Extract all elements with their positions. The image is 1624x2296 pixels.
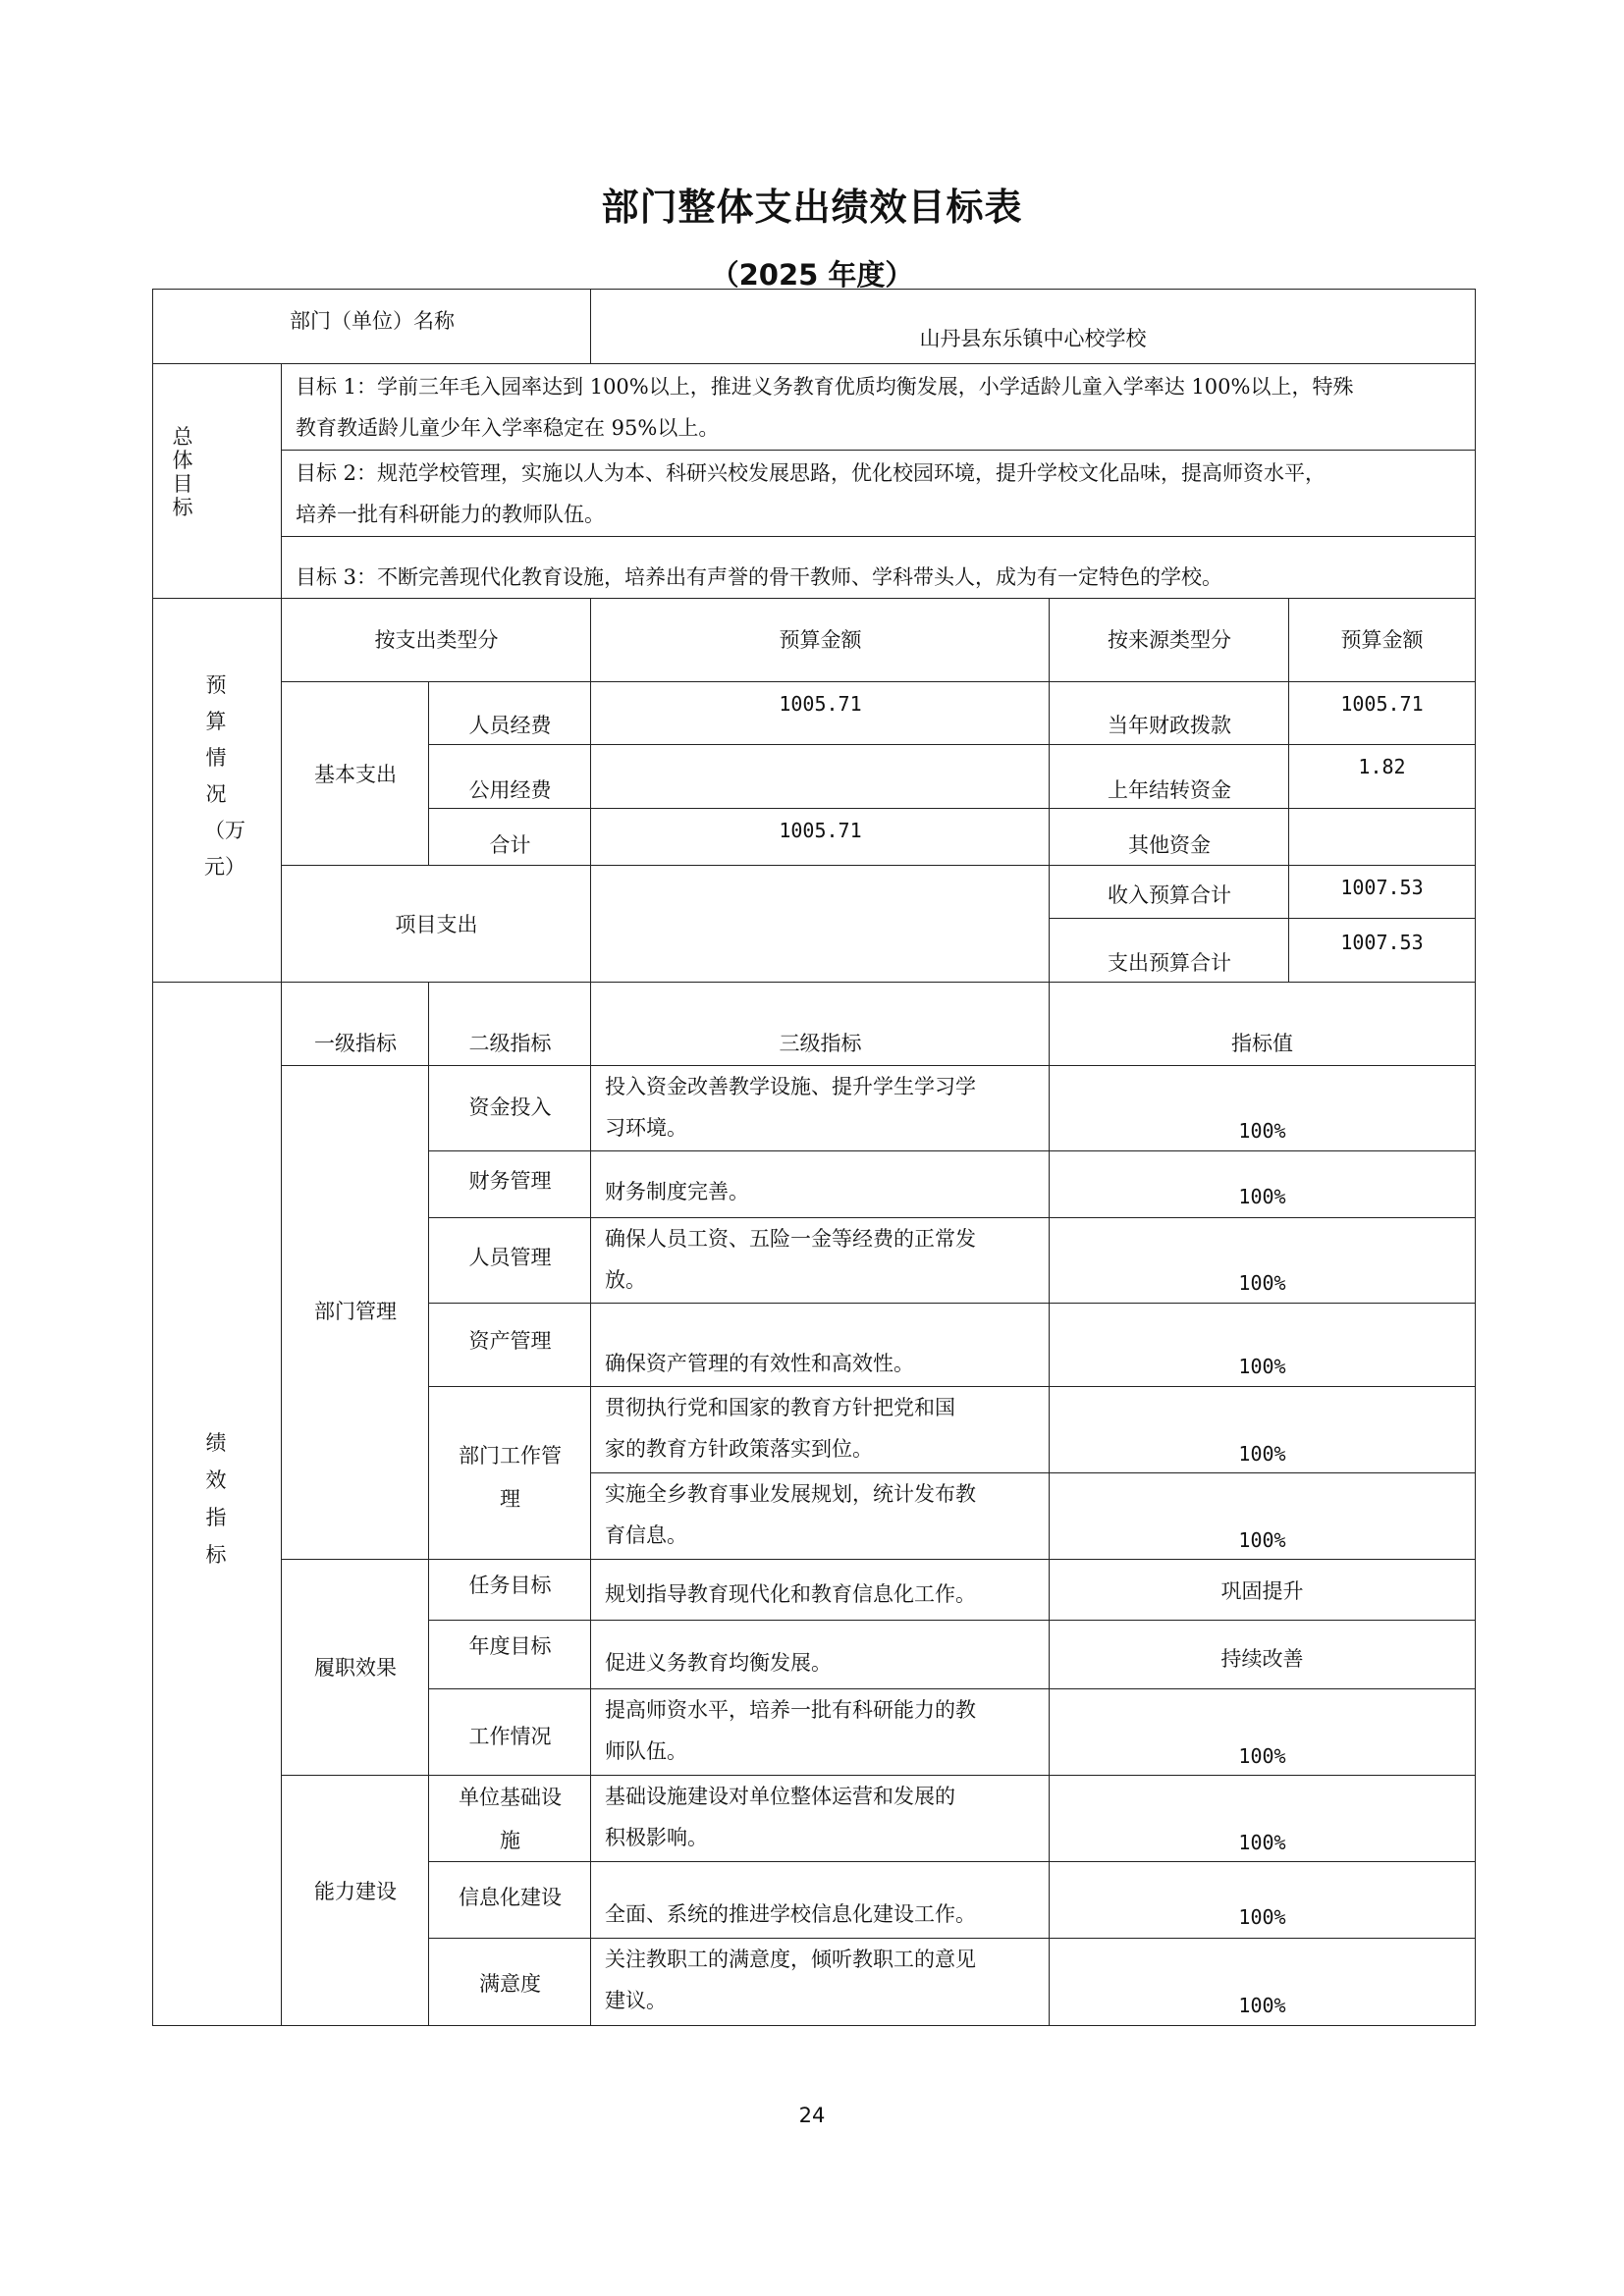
perf-row-level2: 年度目标 [428,1620,592,1690]
perf-level3-line: 实施全乡教育事业发展规划，统计发布教 [605,1473,1042,1516]
perf-row-value: 100% [1049,1688,1476,1777]
expense-row-total-label: 合计 [428,808,592,867]
budget-header-expense-type: 按支出类型分 [281,598,592,683]
perf-value: 100% [1050,1905,1475,1929]
perf-value: 100% [1050,1528,1475,1552]
perf-header-level2: 二级指标 [428,982,592,1067]
source-label: 当年财政拨款 [1050,714,1289,738]
unit-value-cell: 山丹县东乐镇中心校学校 [590,289,1476,365]
goal-2-line-1: 目标 2：规范学校管理，实施以人为本、科研兴校发展思路，优化校园环境，提升学校文… [296,453,1467,495]
perf-row-level3: 促进义务教育均衡发展。 [590,1620,1051,1690]
perf-header-value-label: 指标值 [1050,1032,1475,1056]
perf-header-level3: 三级指标 [590,982,1051,1067]
perf-header-level3-label: 三级指标 [591,1032,1050,1056]
expense-amount: 1005.71 [591,692,1050,716]
perf-row-level3: 规划指导教育现代化和教育信息化工作。 [590,1559,1051,1622]
source-row-income-total-label: 收入预算合计 [1049,865,1290,920]
source-amount: 1.82 [1289,755,1475,778]
perf-header-level1-label: 一级指标 [282,1032,429,1056]
performance-label: 绩效指标 [204,1424,228,1574]
perf-level3-line: 投入资金改善教学设施、提升学生学习学 [605,1066,1042,1108]
goal-3-cell: 目标 3：不断完善现代化教育设施，培养出有声誉的骨干教师、学科带头人，成为有一定… [281,536,1476,600]
perf-level3-line: 师队伍。 [605,1731,1042,1773]
budget-label-cell: 预算情况（万元） [152,598,283,984]
perf-group-duty-effect: 履职效果 [281,1559,430,1777]
source-amount: 1007.53 [1289,931,1475,954]
perf-level2-label: 任务目标 [429,1574,591,1598]
source-row-expense-total-amount: 1007.53 [1288,918,1476,984]
budget-header-amount: 预算金额 [590,598,1051,683]
perf-row-value: 100% [1049,1861,1476,1940]
budget-header-amount-2-label: 预算金额 [1289,628,1475,653]
perf-row-level3: 关注教职工的满意度，倾听教职工的意见 建议。 [590,1938,1051,2026]
source-row-current-fiscal-amount: 1005.71 [1288,681,1476,746]
perf-row-value: 100% [1049,1938,1476,2026]
performance-label-cell: 绩效指标 [152,982,283,2026]
perf-header-value: 指标值 [1049,982,1476,1067]
perf-row-level2: 部门工作管理 [428,1386,592,1561]
perf-level1-label: 能力建设 [282,1880,429,1904]
expense-label: 公用经费 [429,778,591,803]
perf-level2-label: 单位基础设施 [449,1776,571,1862]
perf-level3-line: 提高师资水平，培养一批有科研能力的教 [605,1689,1042,1732]
page-title: 部门整体支出绩效目标表 [0,177,1624,231]
perf-value: 巩固提升 [1050,1579,1475,1604]
expense-row-personnel-amount: 1005.71 [590,681,1051,746]
perf-row-level3: 提高师资水平，培养一批有科研能力的教 师队伍。 [590,1688,1051,1777]
perf-level2-label: 满意度 [429,1972,591,1997]
expense-label: 合计 [429,833,591,858]
perf-level3-line: 家的教育方针政策落实到位。 [605,1428,1042,1470]
perf-value: 100% [1050,1271,1475,1295]
source-row-other-amount [1288,808,1476,867]
goal-1-line-1: 目标 1：学前三年毛入园率达到 100%以上，推进义务教育优质均衡发展，小学适龄… [296,366,1467,408]
budget-label: 预算情况（万元） [204,667,228,885]
perf-level3-line: 建议。 [605,1980,1042,2022]
goal-1-line-2: 教育教适龄儿童少年入学率稳定在 95%以上。 [296,407,1467,450]
perf-level3-line: 关注教职工的满意度，倾听教职工的意见 [605,1939,1042,1981]
perf-row-value: 100% [1049,1065,1476,1152]
expense-row-public-label: 公用经费 [428,744,592,810]
perf-row-level2: 任务目标 [428,1559,592,1622]
perf-row-level2: 资产管理 [428,1303,592,1388]
source-label: 支出预算合计 [1050,951,1289,976]
perf-level3-line: 育信息。 [605,1515,1042,1557]
perf-group-capacity-building: 能力建设 [281,1775,430,2026]
goal-2-line-2: 培养一批有科研能力的教师队伍。 [296,494,1467,536]
perf-value: 100% [1050,1744,1475,1768]
perf-row-value: 持续改善 [1049,1620,1476,1690]
perf-level3-line: 贯彻执行党和国家的教育方针把党和国 [605,1387,1042,1429]
perf-row-level2: 满意度 [428,1938,592,2026]
budget-header-source-type-label: 按来源类型分 [1050,628,1289,653]
perf-row-value: 100% [1049,1217,1476,1305]
perf-row-value: 100% [1049,1303,1476,1388]
unit-value: 山丹县东乐镇中心校学校 [591,327,1475,351]
perf-level2-label: 人员管理 [429,1246,591,1270]
source-label: 上年结转资金 [1050,778,1289,803]
perf-row-level3: 确保资产管理的有效性和高效性。 [590,1303,1051,1388]
perf-level3-line: 放。 [605,1259,1042,1302]
perf-level2-label: 年度目标 [429,1634,591,1659]
perf-value: 100% [1050,1119,1475,1143]
perf-row-value: 100% [1049,1386,1476,1474]
goals-label: 总体目标 [171,425,194,519]
source-amount: 1005.71 [1289,692,1475,716]
source-row-carryover-amount: 1.82 [1288,744,1476,810]
perf-value: 100% [1050,1185,1475,1208]
perf-group-dept-management: 部门管理 [281,1065,430,1561]
perf-header-level2-label: 二级指标 [429,1032,591,1056]
perf-value: 100% [1050,1442,1475,1466]
perf-row-value: 巩固提升 [1049,1559,1476,1622]
unit-label: 部门（单位）名称 [153,309,591,334]
goals-label-cell: 总体目标 [152,363,283,600]
perf-row-level3: 实施全乡教育事业发展规划，统计发布教 育信息。 [590,1472,1051,1561]
perf-level3-line: 确保资产管理的有效性和高效性。 [605,1343,1042,1385]
source-label: 其他资金 [1050,833,1289,858]
perf-level3-line: 促进义务教育均衡发展。 [605,1642,1042,1684]
project-expense-label-cell: 项目支出 [281,865,592,984]
page-subtitle-year: （2025 年度） [0,253,1624,294]
budget-header-amount-label: 预算金额 [591,628,1050,653]
expense-label: 人员经费 [429,714,591,738]
perf-level1-label: 部门管理 [282,1300,429,1324]
perf-level3-line: 财务制度完善。 [605,1171,1042,1213]
source-row-carryover-label: 上年结转资金 [1049,744,1290,810]
perf-row-level3: 投入资金改善教学设施、提升学生学习学 习环境。 [590,1065,1051,1152]
source-label: 收入预算合计 [1050,883,1289,908]
basic-expense-label: 基本支出 [282,763,429,787]
perf-row-level3: 确保人员工资、五险一金等经费的正常发 放。 [590,1217,1051,1305]
perf-row-level2: 信息化建设 [428,1861,592,1940]
perf-level3-line: 积极影响。 [605,1817,1042,1859]
perf-row-level2: 资金投入 [428,1065,592,1152]
budget-header-expense-type-label: 按支出类型分 [282,628,591,653]
source-row-income-total-amount: 1007.53 [1288,865,1476,920]
budget-header-source-type: 按来源类型分 [1049,598,1290,683]
perf-value: 100% [1050,1994,1475,2017]
perf-row-level3: 财务制度完善。 [590,1150,1051,1219]
perf-level1-label: 履职效果 [282,1656,429,1681]
perf-row-level2: 人员管理 [428,1217,592,1305]
perf-level3-line: 规划指导教育现代化和教育信息化工作。 [605,1574,1042,1616]
perf-row-level3: 全面、系统的推进学校信息化建设工作。 [590,1861,1051,1940]
goal-1-cell: 目标 1：学前三年毛入园率达到 100%以上，推进义务教育优质均衡发展，小学适龄… [281,363,1476,452]
expense-row-public-amount [590,744,1051,810]
project-expense-label: 项目支出 [282,913,591,937]
unit-label-cell: 部门（单位）名称 [152,289,592,365]
perf-header-level1: 一级指标 [281,982,430,1067]
budget-header-amount-2: 预算金额 [1288,598,1476,683]
project-expense-amount-cell [590,865,1051,984]
perf-row-level3: 基础设施建设对单位整体运营和发展的 积极影响。 [590,1775,1051,1863]
perf-level3-line: 全面、系统的推进学校信息化建设工作。 [605,1894,1042,1936]
perf-row-level2: 单位基础设施 [428,1775,592,1863]
perf-level3-line: 确保人员工资、五险一金等经费的正常发 [605,1218,1042,1260]
perf-value: 100% [1050,1355,1475,1378]
source-row-expense-total-label: 支出预算合计 [1049,918,1290,984]
perf-level2-label: 工作情况 [429,1725,591,1749]
page-number: 24 [0,2104,1624,2127]
perf-row-level3: 贯彻执行党和国家的教育方针把党和国 家的教育方针政策落实到位。 [590,1386,1051,1474]
goal-3-line-1: 目标 3：不断完善现代化教育设施，培养出有声誉的骨干教师、学科带头人，成为有一定… [296,557,1467,599]
perf-row-value: 100% [1049,1472,1476,1561]
perf-level2-label: 资金投入 [429,1095,591,1120]
perf-row-level2: 工作情况 [428,1688,592,1777]
basic-expense-label-cell: 基本支出 [281,681,430,867]
perf-row-level2: 财务管理 [428,1150,592,1219]
perf-level2-label: 财务管理 [429,1169,591,1194]
expense-amount: 1005.71 [591,819,1050,842]
perf-row-value: 100% [1049,1775,1476,1863]
perf-row-value: 100% [1049,1150,1476,1219]
source-row-other-label: 其他资金 [1049,808,1290,867]
source-row-current-fiscal-label: 当年财政拨款 [1049,681,1290,746]
perf-level2-label: 信息化建设 [429,1886,591,1910]
perf-value: 100% [1050,1831,1475,1854]
perf-value: 持续改善 [1050,1647,1475,1672]
expense-row-personnel-label: 人员经费 [428,681,592,746]
expense-row-total-amount: 1005.71 [590,808,1051,867]
source-amount: 1007.53 [1289,876,1475,899]
perf-level3-line: 习环境。 [605,1107,1042,1149]
perf-level2-label: 资产管理 [429,1329,591,1354]
perf-level3-line: 基础设施建设对单位整体运营和发展的 [605,1776,1042,1818]
perf-level2-label: 部门工作管理 [449,1434,571,1521]
goal-2-cell: 目标 2：规范学校管理，实施以人为本、科研兴校发展思路，优化校园环境，提升学校文… [281,450,1476,538]
